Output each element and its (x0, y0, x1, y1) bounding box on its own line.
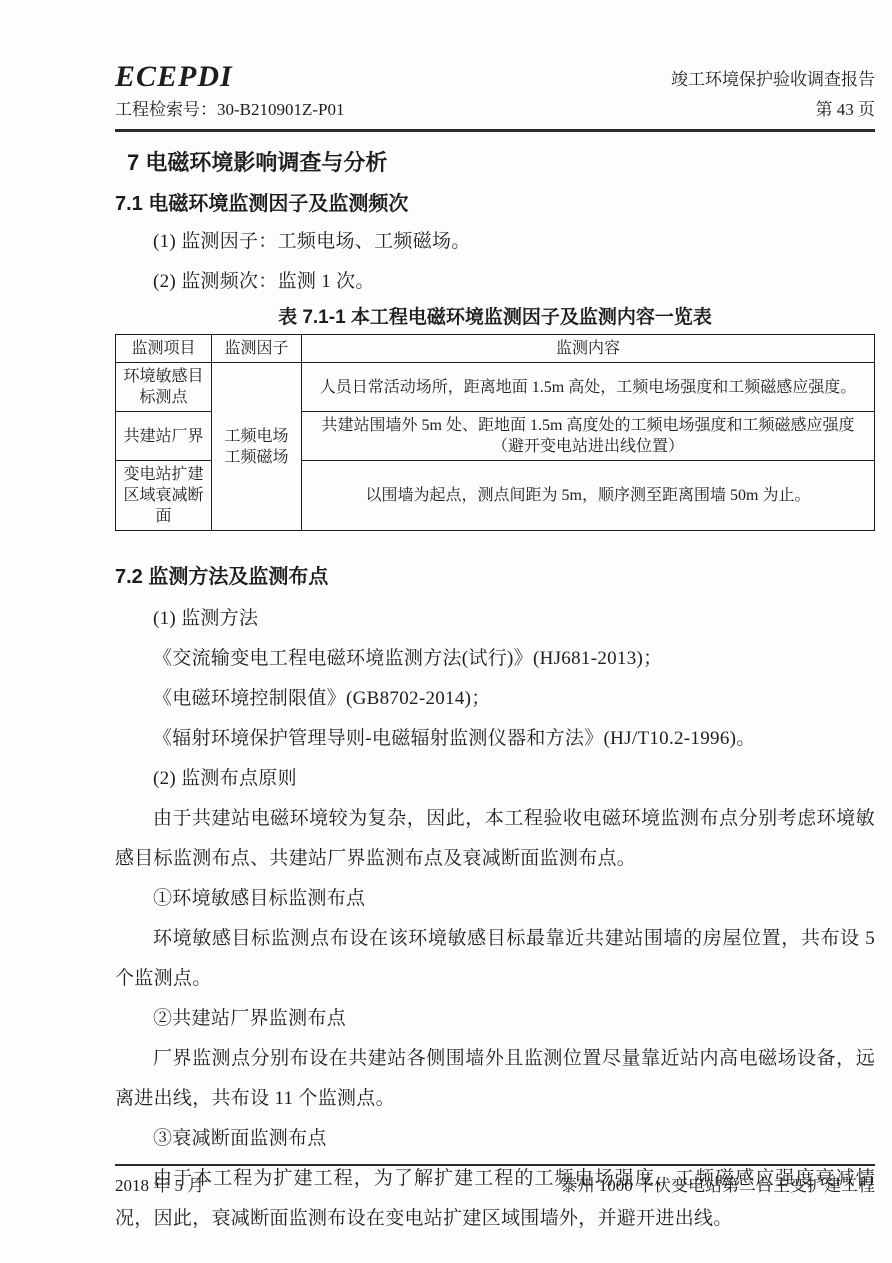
table-cell-item: 变电站扩建区域衰减断面 (116, 461, 212, 531)
table-header-cell: 监测项目 (116, 335, 212, 363)
chapter-heading: 7 电磁环境影响调查与分析 (127, 148, 875, 178)
page-header: ECEPDI 竣工环境保护验收调查报告 (115, 60, 875, 94)
paragraph: 《电磁环境控制限值》(GB8702-2014)； (115, 679, 875, 719)
paragraph: 《辐射环境保护管理导则-电磁辐射监测仪器和方法》(HJ/T10.2-1996)。 (115, 719, 875, 759)
footer-project: 泰州 1000 千伏变电站第二台主变扩建工程 (561, 1175, 876, 1197)
footer-row: 2018 年 5 月 泰州 1000 千伏变电站第二台主变扩建工程 (115, 1175, 875, 1197)
paragraph: (1) 监测因子：工频电场、工频磁场。 (115, 222, 875, 262)
table-cell-content: 以围墙为起点，测点间距为 5m，顺序测至距离围墙 50m 为止。 (302, 461, 875, 531)
paragraph: 《交流输变电工程电磁环境监测方法(试行)》(HJ681-2013)； (115, 639, 875, 679)
doc-index: 工程检索号：30-B210901Z-P01 (115, 99, 345, 121)
section-heading-71: 7.1 电磁环境监测因子及监测频次 (115, 190, 875, 218)
paragraph: (2) 监测布点原则 (115, 759, 875, 799)
table-row: 环境敏感目标测点 工频电场 工频磁场 人员日常活动场所，距离地面 1.5m 高处… (116, 363, 875, 412)
table-header-cell: 监测因子 (212, 335, 302, 363)
report-title: 竣工环境保护验收调查报告 (671, 69, 875, 94)
document-page: ECEPDI 竣工环境保护验收调查报告 工程检索号：30-B210901Z-P0… (0, 0, 892, 1263)
paragraph: (1) 监测方法 (115, 599, 875, 639)
header-meta-row: 工程检索号：30-B210901Z-P01 第 43 页 (115, 99, 875, 121)
table-header-cell: 监测内容 (302, 335, 875, 363)
footer-rule (115, 1164, 875, 1166)
table-cell-item: 环境敏感目标测点 (116, 363, 212, 412)
paragraph: ③衰减断面监测布点 (115, 1119, 875, 1159)
company-logo: ECEPDI (115, 60, 233, 94)
paragraph: 由于共建站电磁环境较为复杂，因此，本工程验收电磁环境监测布点分别考虑环境敏感目标… (115, 799, 875, 879)
paragraph: ①环境敏感目标监测布点 (115, 879, 875, 919)
paragraph: 环境敏感目标监测点布设在该环境敏感目标最靠近共建站围墙的房屋位置，共布设 5 个… (115, 919, 875, 999)
table-cell-factor: 工频电场 工频磁场 (212, 363, 302, 531)
section-heading-72: 7.2 监测方法及监测布点 (115, 563, 875, 591)
footer-date: 2018 年 5 月 (115, 1175, 204, 1197)
page-number: 第 43 页 (816, 99, 876, 121)
paragraph: ②共建站厂界监测布点 (115, 999, 875, 1039)
page-footer: 2018 年 5 月 泰州 1000 千伏变电站第二台主变扩建工程 (115, 1164, 875, 1197)
table-header-row: 监测项目 监测因子 监测内容 (116, 335, 875, 363)
table-title: 表 7.1-1 本工程电磁环境监测因子及监测内容一览表 (115, 305, 875, 331)
table-cell-item: 共建站厂界 (116, 412, 212, 461)
page-content: ECEPDI 竣工环境保护验收调查报告 工程检索号：30-B210901Z-P0… (0, 60, 892, 1239)
header-rule (115, 129, 875, 132)
table-cell-content: 人员日常活动场所，距离地面 1.5m 高处，工频电场强度和工频磁感应强度。 (302, 363, 875, 412)
paragraph: 厂界监测点分别布设在共建站各侧围墙外且监测位置尽量靠近站内高电磁场设备，远离进出… (115, 1039, 875, 1119)
paragraph: (2) 监测频次：监测 1 次。 (115, 262, 875, 302)
monitoring-table: 监测项目 监测因子 监测内容 环境敏感目标测点 工频电场 工频磁场 人员日常活动… (115, 334, 875, 531)
table-cell-content: 共建站围墙外 5m 处、距地面 1.5m 高度处的工频电场强度和工频磁感应强度（… (302, 412, 875, 461)
